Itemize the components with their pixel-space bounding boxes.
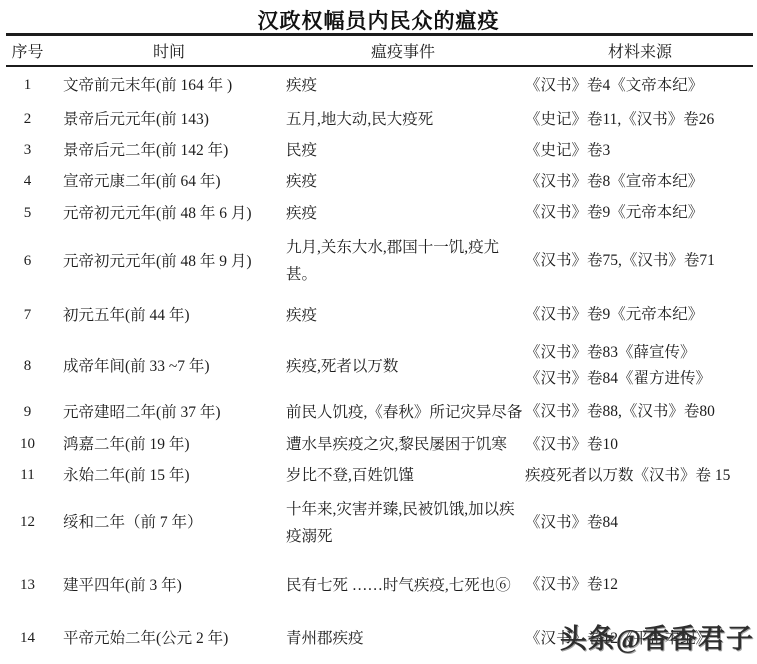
source-line-1: 《汉书》卷8《宣帝本纪》 (525, 169, 753, 195)
row-number-cell: 10 (0, 431, 55, 458)
row-number-cell: 6 (0, 248, 55, 275)
table-row: 11 永始二年(前 15 年) 岁比不登,百姓饥馑 疾疫死者以万数《汉书》卷 1… (0, 460, 757, 491)
table-row: 3 景帝后元二年(前 142 年) 民疫 《史记》卷3 (0, 135, 757, 166)
source-line-1: 《汉书》卷75,《汉书》卷71 (525, 248, 753, 274)
table-row: 8 成帝年间(前 33 ~7 年) 疾疫,死者以万数 《汉书》卷83《薛宣传》 … (0, 337, 757, 395)
row-number-cell: 7 (0, 302, 55, 329)
time-cell: 元帝初元元年(前 48 年 9 月) (55, 248, 283, 275)
event-cell: 遭水旱疾疫之灾,黎民屡困于饥寒 (283, 431, 523, 458)
source-line-2: 《汉书》卷84《翟方进传》 (525, 366, 753, 392)
table-row: 13 建平四年(前 3 年) 民有七死 ……时气疾疫,七死也⑥ 《汉书》卷12 (0, 554, 757, 616)
row-number-cell: 14 (0, 625, 55, 652)
event-cell: 十年来,灾害并臻,民被饥饿,加以疾疫溺死 (283, 496, 523, 550)
time-cell: 宣帝元康二年(前 64 年) (55, 168, 283, 195)
event-cell: 疾疫 (283, 72, 523, 99)
page-title: 汉政权幅员内民众的瘟疫 (0, 5, 757, 35)
event-cell: 疾疫,死者以万数 (283, 353, 523, 380)
source-line-1: 《汉书》卷84 (525, 510, 753, 536)
source-line-1: 《汉书》卷4《文帝本纪》 (525, 73, 753, 99)
time-cell: 元帝初元元年(前 48 年 6 月) (55, 200, 283, 227)
source-line-1: 《史记》卷3 (525, 138, 753, 164)
table-row: 2 景帝后元元年(前 143) 五月,地大动,民大疫死 《史记》卷11,《汉书》… (0, 104, 757, 135)
time-cell: 文帝前元末年(前 164 年 ) (55, 72, 283, 99)
source-cell: 疾疫死者以万数《汉书》卷 15 (523, 463, 757, 489)
source-cell: 《汉书》卷83《薛宣传》 《汉书》卷84《翟方进传》 (523, 340, 757, 392)
column-header-event: 瘟疫事件 (283, 39, 523, 62)
time-cell: 元帝建昭二年(前 37 年) (55, 399, 283, 426)
table-row: 12 绥和二年（前 7 年） 十年来,灾害并臻,民被饥饿,加以疾疫溺死 《汉书》… (0, 491, 757, 554)
source-cell: 《汉书》卷8《宣帝本纪》 (523, 169, 757, 195)
source-cell: 《史记》卷11,《汉书》卷26 (523, 107, 757, 133)
time-cell: 建平四年(前 3 年) (55, 572, 283, 599)
source-cell: 《汉书》卷12 (523, 572, 757, 598)
source-cell: 《汉书》卷4《文帝本纪》 (523, 73, 757, 99)
event-cell: 民疫 (283, 137, 523, 164)
table-row: 5 元帝初元元年(前 48 年 6 月) 疾疫 《汉书》卷9《元帝本纪》 (0, 197, 757, 229)
event-cell: 岁比不登,百姓饥馑 (283, 462, 523, 489)
column-header-time: 时间 (55, 39, 283, 62)
source-cell: 《史记》卷3 (523, 138, 757, 164)
source-cell: 《汉书》卷88,《汉书》卷80 (523, 399, 757, 425)
source-cell: 《汉书》卷9《元帝本纪》 (523, 200, 757, 226)
event-cell: 疾疫 (283, 302, 523, 329)
source-cell: 《汉书》卷75,《汉书》卷71 (523, 248, 757, 274)
source-line-1: 《汉书》卷83《薛宣传》 (525, 340, 753, 366)
source-cell: 《汉书》卷10 (523, 432, 757, 458)
source-line-1: 《汉书》卷88,《汉书》卷80 (525, 399, 753, 425)
source-line-1: 《汉书》卷9《元帝本纪》 (525, 302, 753, 328)
row-number-cell: 11 (0, 462, 55, 489)
row-number-cell: 12 (0, 509, 55, 536)
time-cell: 景帝后元元年(前 143) (55, 106, 283, 133)
source-line-1: 《汉书》卷12 (525, 572, 753, 598)
source-line-1: 《史记》卷11,《汉书》卷26 (525, 107, 753, 133)
time-cell: 永始二年(前 15 年) (55, 462, 283, 489)
document-page: 汉政权幅员内民众的瘟疫 序号 时间 瘟疫事件 材料来源 1 文帝前元末年(前 1… (0, 0, 757, 664)
row-number-cell: 9 (0, 399, 55, 426)
table-body: 1 文帝前元末年(前 164 年 ) 疾疫 《汉书》卷4《文帝本纪》 2 景帝后… (0, 67, 757, 661)
column-header-source: 材料来源 (523, 39, 757, 62)
row-number-cell: 4 (0, 168, 55, 195)
row-number-cell: 5 (0, 200, 55, 227)
row-number-cell: 1 (0, 72, 55, 99)
watermark: 头条@香香君子 (560, 617, 754, 656)
event-cell: 疾疫 (283, 168, 523, 195)
table-row: 4 宣帝元康二年(前 64 年) 疾疫 《汉书》卷8《宣帝本纪》 (0, 166, 757, 197)
time-cell: 初元五年(前 44 年) (55, 302, 283, 329)
source-line-1: 《汉书》卷10 (525, 432, 753, 458)
row-number-cell: 3 (0, 137, 55, 164)
event-cell: 民有七死 ……时气疾疫,七死也⑥ (283, 572, 523, 599)
time-cell: 成帝年间(前 33 ~7 年) (55, 353, 283, 380)
source-cell: 《汉书》卷84 (523, 510, 757, 536)
time-cell: 平帝元始二年(公元 2 年) (55, 625, 283, 652)
column-header-no: 序号 (0, 39, 55, 62)
time-cell: 景帝后元二年(前 142 年) (55, 137, 283, 164)
time-cell: 鸿嘉二年(前 19 年) (55, 431, 283, 458)
event-cell: 五月,地大动,民大疫死 (283, 106, 523, 133)
table-row: 6 元帝初元元年(前 48 年 9 月) 九月,关东大水,郡国十一饥,疫尤甚。 … (0, 229, 757, 293)
table-row: 9 元帝建昭二年(前 37 年) 前民人饥疫,《春秋》所记灾异尽备 《汉书》卷8… (0, 395, 757, 429)
table-row: 7 初元五年(前 44 年) 疾疫 《汉书》卷9《元帝本纪》 (0, 293, 757, 337)
event-cell: 青州郡疾疫 (283, 625, 523, 652)
table-row: 10 鸿嘉二年(前 19 年) 遭水旱疾疫之灾,黎民屡困于饥寒 《汉书》卷10 (0, 429, 757, 460)
source-cell: 《汉书》卷9《元帝本纪》 (523, 302, 757, 328)
time-cell: 绥和二年（前 7 年） (55, 509, 283, 536)
row-number-cell: 8 (0, 353, 55, 380)
event-cell: 九月,关东大水,郡国十一饥,疫尤甚。 (283, 234, 523, 288)
event-cell: 前民人饥疫,《春秋》所记灾异尽备 (283, 399, 523, 426)
table-row: 1 文帝前元末年(前 164 年 ) 疾疫 《汉书》卷4《文帝本纪》 (0, 67, 757, 104)
table-header: 序号 时间 瘟疫事件 材料来源 (0, 36, 757, 65)
event-cell: 疾疫 (283, 200, 523, 227)
source-line-1: 疾疫死者以万数《汉书》卷 15 (525, 463, 753, 489)
source-line-1: 《汉书》卷9《元帝本纪》 (525, 200, 753, 226)
row-number-cell: 2 (0, 106, 55, 133)
row-number-cell: 13 (0, 572, 55, 599)
